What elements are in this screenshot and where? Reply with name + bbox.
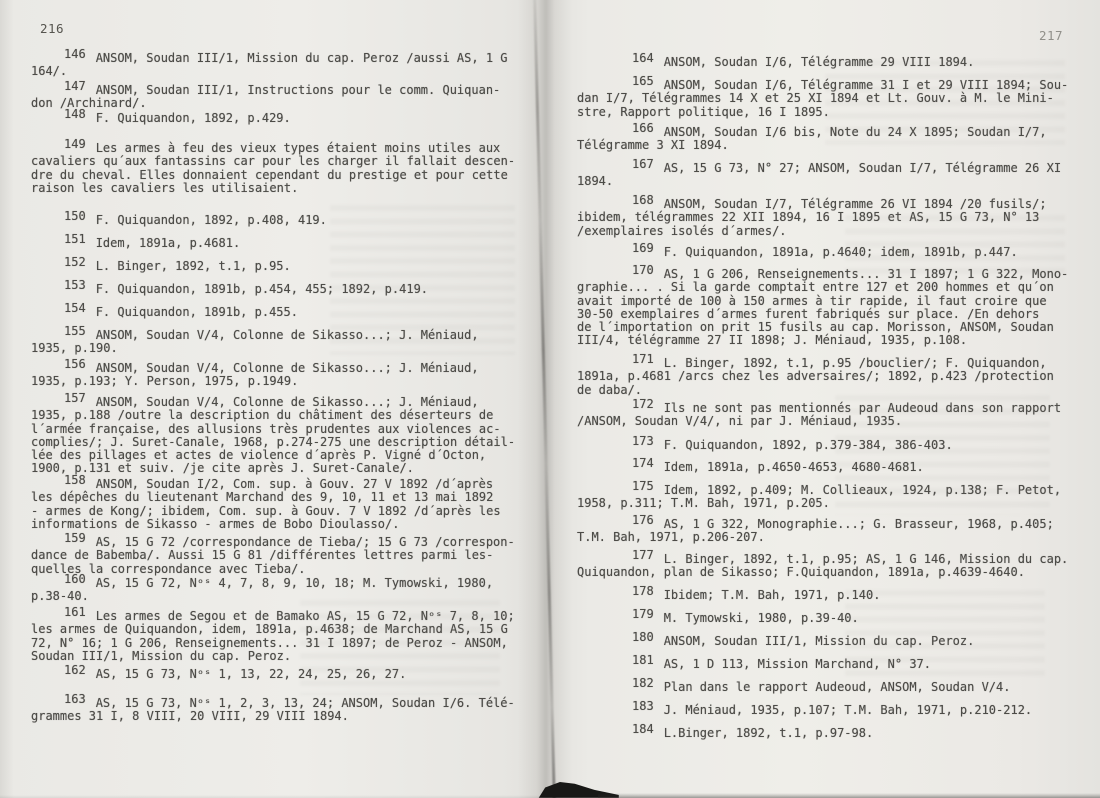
footnote-text: L. Binger, 1892, t.1, p.95. [96, 259, 291, 273]
footnote-number: 168 [632, 193, 654, 207]
footnote: 164ANSOM, Soudan I/6, Télégramme 29 VIII… [577, 56, 1082, 69]
footnote-text: Idem, 1891a, p.4681. [96, 236, 241, 250]
footnote-number: 171 [632, 352, 654, 366]
footnote: 166ANSOM, Soudan I/6 bis, Note du 24 X 1… [577, 126, 1082, 153]
footnote-number: 176 [632, 513, 654, 527]
footnote-number: 147 [64, 79, 86, 93]
footnote-number: 148 [64, 107, 86, 121]
footnote-number: 175 [632, 479, 654, 493]
footnote-number: 181 [632, 653, 654, 667]
footnote-text: F. Quiquandon, 1892, p.429. [96, 111, 291, 125]
page-number-left: 216 [40, 21, 64, 36]
footnote: 153F. Quiquandon, 1891b, p.454, 455; 189… [31, 283, 539, 296]
footnote-text: ANSOM, Soudan V/4, Colonne de Sikasso...… [31, 395, 515, 475]
footnote-number: 178 [632, 584, 654, 598]
footnote-text: ANSOM, Soudan III/1, Instructions pour l… [31, 83, 500, 110]
footnote: 152L. Binger, 1892, t.1, p.95. [31, 260, 539, 273]
footnote: 158ANSOM, Soudan I/2, Com. sup. à Gouv. … [31, 478, 539, 531]
footnote-number: 177 [632, 548, 654, 562]
footnote: 184L.Binger, 1892, t.1, p.97-98. [577, 727, 1082, 740]
footnote-number: 161 [64, 605, 86, 619]
footnote: 170AS, 1 G 206, Renseignements... 31 I 1… [577, 268, 1082, 348]
footnote: 167AS, 15 G 73, N° 27; ANSOM, Soudan I/7… [577, 162, 1082, 189]
footnote-number: 164 [632, 51, 654, 65]
footnote: 162AS, 15 G 73, Nᵒˢ 1, 13, 22, 24, 25, 2… [31, 668, 539, 681]
footnote-text: Idem, 1891a, p.4650-4653, 4680-4681. [664, 460, 924, 474]
footnote-number: 162 [64, 663, 86, 677]
footnote-number: 166 [632, 121, 654, 135]
footnote-number: 182 [632, 676, 654, 690]
footnote: 155ANSOM, Soudan V/4, Colonne de Sikasso… [31, 329, 539, 356]
footnote-text: AS, 15 G 72 /correspondance de Tieba/; 1… [31, 535, 515, 576]
footnote-text: M. Tymowski, 1980, p.39-40. [664, 611, 859, 625]
footnote: 150F. Quiquandon, 1892, p.408, 419. [31, 214, 539, 227]
footnote-text: ANSOM, Soudan I/2, Com. sup. à Gouv. 27 … [31, 477, 501, 531]
book-spread: 216 146ANSOM, Soudan III/1, Mission du c… [0, 0, 1100, 798]
footnote: 182Plan dans le rapport Audeoud, ANSOM, … [577, 681, 1082, 694]
footnote-text: J. Méniaud, 1935, p.107; T.M. Bah, 1971,… [664, 703, 1032, 717]
footnote-number: 170 [632, 263, 654, 277]
page-right: 217 164ANSOM, Soudan I/6, Télégramme 29 … [545, 0, 1100, 798]
footnote: 149Les armes à feu des vieux types étaie… [31, 142, 539, 195]
footnote-number: 172 [632, 397, 654, 411]
footnote-text: ANSOM, Soudan III/1, Mission du cap. Per… [664, 634, 975, 648]
footnote-number: 163 [64, 692, 86, 706]
footnote-number: 151 [64, 232, 86, 246]
footnote: 183J. Méniaud, 1935, p.107; T.M. Bah, 19… [577, 704, 1082, 717]
footnote-text: Ibidem; T.M. Bah, 1971, p.140. [664, 588, 881, 602]
footnote: 169F. Quiquandon, 1891a, p.4640; idem, 1… [577, 246, 1082, 259]
footnote: 179M. Tymowski, 1980, p.39-40. [577, 612, 1082, 625]
footnote-number: 155 [64, 324, 86, 338]
footnote-number: 180 [632, 630, 654, 644]
footnote: 147ANSOM, Soudan III/1, Instructions pou… [31, 84, 539, 111]
footnote: 168ANSOM, Soudan I/7, Télégramme 26 VI 1… [577, 198, 1082, 238]
footnote: 178Ibidem; T.M. Bah, 1971, p.140. [577, 589, 1082, 602]
footnote-text: AS, 1 G 206, Renseignements... 31 I 1897… [577, 267, 1068, 347]
footnote: 165ANSOM, Soudan I/6, Télégramme 31 I et… [577, 79, 1082, 119]
footnote-number: 173 [632, 434, 654, 448]
page-left: 216 146ANSOM, Soudan III/1, Mission du c… [0, 0, 545, 798]
footnote-number: 158 [64, 473, 86, 487]
footnote: 174Idem, 1891a, p.4650-4653, 4680-4681. [577, 461, 1082, 474]
footnote-text: ANSOM, Soudan I/6, Télégramme 29 VIII 18… [664, 55, 975, 69]
footnote: 156ANSOM, Soudan V/4, Colonne de Sikasso… [31, 362, 539, 389]
footnote: 176AS, 1 G 322, Monographie...; G. Brass… [577, 518, 1082, 545]
footnote-text: F. Quiquandon, 1891b, p.455. [96, 305, 298, 319]
footnote-text: AS, 15 G 73, Nᵒˢ 1, 2, 3, 13, 24; ANSOM,… [31, 696, 515, 723]
footnote: 160AS, 15 G 72, Nᵒˢ 4, 7, 8, 9, 10, 18; … [31, 577, 539, 604]
footnote: 161Les armes de Segou et de Bamako AS, 1… [31, 610, 539, 663]
footnote: 177L. Binger, 1892, t.1, p.95; AS, 1 G 1… [577, 553, 1082, 580]
footnote: 154F. Quiquandon, 1891b, p.455. [31, 306, 539, 319]
footnote-number: 160 [64, 572, 86, 586]
footnote-number: 157 [64, 391, 86, 405]
footnote-text: ANSOM, Soudan III/1, Mission du cap. Per… [31, 51, 508, 78]
footnote: 172Ils ne sont pas mentionnés par Audeou… [577, 402, 1082, 429]
footnote-number: 153 [64, 278, 86, 292]
footnote-text: ANSOM, Soudan V/4, Colonne de Sikasso...… [31, 361, 479, 388]
footnote: 151Idem, 1891a, p.4681. [31, 237, 539, 250]
footnote-text: Les armes de Segou et de Bamako AS, 15 G… [31, 609, 515, 663]
footnote-text: Les armes à feu des vieux types étaient … [31, 141, 515, 195]
footnote: 171L. Binger, 1892, t.1, p.95 /bouclier/… [577, 357, 1082, 397]
footnote-number: 179 [632, 607, 654, 621]
footnote-text: F. Quiquandon, 1891a, p.4640; idem, 1891… [664, 245, 1018, 259]
footnote-number: 165 [632, 74, 654, 88]
footnote: 148F. Quiquandon, 1892, p.429. [31, 112, 539, 125]
footnote-text: L.Binger, 1892, t.1, p.97-98. [664, 726, 874, 740]
footnote-text: AS, 15 G 72, Nᵒˢ 4, 7, 8, 9, 10, 18; M. … [31, 576, 493, 603]
footnote-text: F. Quiquandon, 1891b, p.454, 455; 1892, … [96, 282, 428, 296]
footnote-number: 150 [64, 209, 86, 223]
footnote-text: F. Quiquandon, 1892, p.379-384, 386-403. [664, 438, 953, 452]
footnote-number: 183 [632, 699, 654, 713]
footnote: 159AS, 15 G 72 /correspondance de Tieba/… [31, 536, 539, 576]
footnote-number: 167 [632, 157, 654, 171]
footnote: 173F. Quiquandon, 1892, p.379-384, 386-4… [577, 439, 1082, 452]
footnote-number: 152 [64, 255, 86, 269]
footnote-text: ANSOM, Soudan V/4, Colonne de Sikasso...… [31, 328, 479, 355]
footnote-text: F. Quiquandon, 1892, p.408, 419. [96, 213, 327, 227]
footnote: 146ANSOM, Soudan III/1, Mission du cap. … [31, 52, 539, 79]
footnote-number: 174 [632, 456, 654, 470]
footnote-text: Plan dans le rapport Audeoud, ANSOM, Sou… [664, 680, 1011, 694]
footnote-number: 154 [64, 301, 86, 315]
footnote: 157ANSOM, Soudan V/4, Colonne de Sikasso… [31, 396, 539, 476]
footnote-number: 169 [632, 241, 654, 255]
footnote: 163AS, 15 G 73, Nᵒˢ 1, 2, 3, 13, 24; ANS… [31, 697, 539, 724]
footnote: 180ANSOM, Soudan III/1, Mission du cap. … [577, 635, 1082, 648]
footnote-number: 184 [632, 722, 654, 736]
footnote: 181AS, 1 D 113, Mission Marchand, N° 37. [577, 658, 1082, 671]
footnote-number: 146 [64, 47, 86, 61]
footnote-number: 156 [64, 357, 86, 371]
page-number-right: 217 [1039, 28, 1063, 43]
footnote-number: 149 [64, 137, 86, 151]
footnote-text: AS, 15 G 73, Nᵒˢ 1, 13, 22, 24, 25, 26, … [96, 667, 407, 681]
footnote-text: AS, 1 D 113, Mission Marchand, N° 37. [664, 657, 931, 671]
footnote-number: 159 [64, 531, 86, 545]
footnote: 175Idem, 1892, p.409; M. Collieaux, 1924… [577, 484, 1082, 511]
